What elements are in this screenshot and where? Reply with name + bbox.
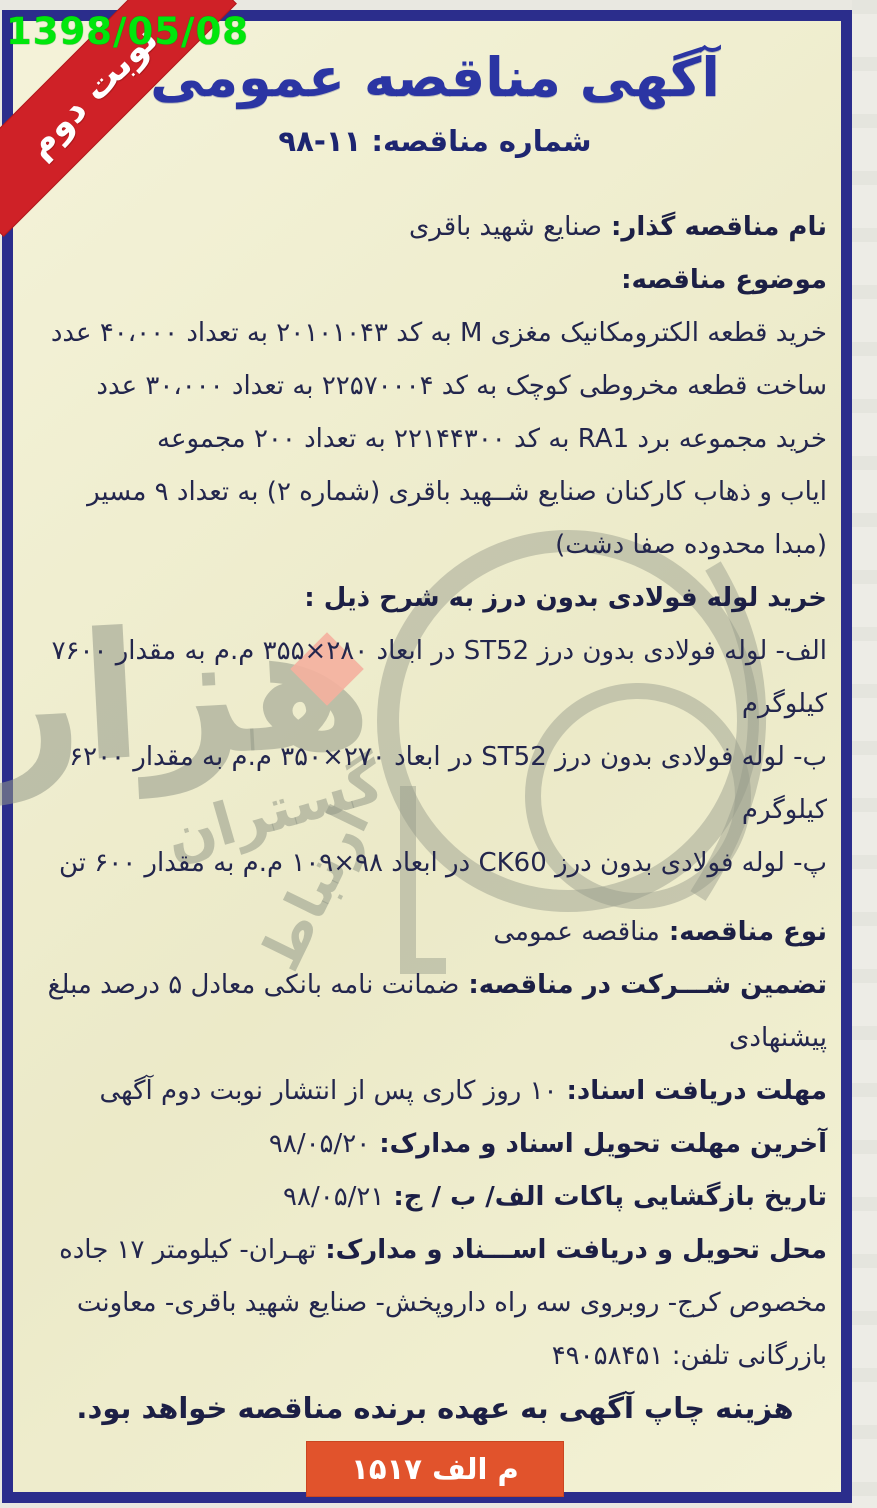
line-label: آخرین مهلت تحویل اسناد و مدارک: — [379, 1129, 827, 1159]
tender-line-issuer: نام مناقصه گذار:صنایع شهید باقری — [43, 201, 827, 254]
line-text: ایاب و ذهاب کارکنان صنایع شــهید باقری (… — [87, 477, 827, 507]
tender-line-doc-deadline: مهلت دریافت اسناد:۱۰ روز کاری پس از انتش… — [43, 1065, 827, 1118]
line-text: ۱۰ روز کاری پس از انتشار نوبت دوم آگهی — [100, 1076, 558, 1106]
ad-content: آگهی مناقصه عمومی شماره مناقصه: ۱۱-۹۸ نا… — [13, 21, 841, 1492]
tender-line-address1: محل تحویل و دریافت اســـناد و مدارک:تهـر… — [43, 1224, 827, 1277]
tender-line-subject-heading: موضوع مناقصه: — [43, 254, 827, 307]
line-text: مناقصه عمومی — [493, 917, 659, 947]
line-text: پیشنهادی — [729, 1023, 827, 1053]
line-text: خرید قطعه الکترومکانیک مغزی M به کد ۲۰۱۰… — [51, 318, 827, 348]
line-text: تهـران- کیلومتر ۱۷ جاده — [59, 1235, 316, 1265]
tender-line-item2: ساخت قطعه مخروطی کوچک به کد ۲۲۵۷۰۰۰۴ به … — [43, 360, 827, 413]
line-text: ۹۸/۰۵/۲۰ — [269, 1129, 370, 1159]
badge-label: م الف ۱۵۱۷ — [351, 1452, 519, 1486]
line-label: موضوع مناقصه: — [621, 265, 827, 295]
line-text: مخصوص کرج- روبروی سه راه داروپخش- صنایع … — [77, 1288, 827, 1318]
scan-date-overlay: 1398/05/08 — [6, 10, 249, 53]
line-text: ب- لوله فولادی بدون درز ST52 در ابعاد ۲۷… — [69, 742, 827, 772]
tender-line-guarantee: تضمین شـــرکت در مناقصه:ضمانت نامه بانکی… — [43, 959, 827, 1012]
paragraph-gap — [43, 890, 827, 906]
line-text: صنایع شهید باقری — [409, 212, 602, 242]
line-text: الف- لوله فولادی بدون درز ST52 در ابعاد … — [52, 636, 827, 666]
tender-line-pipe-p: پ- لوله فولادی بدون درز CK60 در ابعاد ۹۸… — [43, 837, 827, 890]
tender-line-pipe-heading: خرید لوله فولادی بدون درز به شرح ذیل : — [43, 572, 827, 625]
tender-line-pipe-b: ب- لوله فولادی بدون درز ST52 در ابعاد ۲۷… — [43, 731, 827, 784]
line-text: خرید مجموعه برد RA1 به کد ۲۲۱۴۴۳۰۰ به تع… — [157, 424, 827, 454]
tender-line-pipe-b2: کیلوگرم — [43, 784, 827, 837]
tender-line-submit-deadline: آخرین مهلت تحویل اسناد و مدارک:۹۸/۰۵/۲۰ — [43, 1118, 827, 1171]
tender-line-opening-date: تاریخ بازگشایی پاکات الف/ ب / ج:۹۸/۰۵/۲۱ — [43, 1171, 827, 1224]
line-label: خرید لوله فولادی بدون درز به شرح ذیل : — [304, 583, 827, 613]
tender-ad-frame: هزاره گستران ارتباط آگهی مناقصه عمومی شم… — [2, 10, 852, 1503]
tender-line-address2: مخصوص کرج- روبروی سه راه داروپخش- صنایع … — [43, 1277, 827, 1330]
tender-line-item4: ایاب و ذهاب کارکنان صنایع شــهید باقری (… — [43, 466, 827, 519]
tender-line-type: نوع مناقصه:مناقصه عمومی — [43, 906, 827, 959]
line-label: تاریخ بازگشایی پاکات الف/ ب / ج: — [393, 1182, 827, 1212]
line-text: ۹۸/۰۵/۲۱ — [283, 1182, 384, 1212]
tender-body: نام مناقصه گذار:صنایع شهید باقری موضوع م… — [43, 201, 827, 1383]
line-text: ضمانت نامه بانکی معادل ۵ درصد مبلغ — [48, 970, 460, 1000]
tender-line-pipe-a2: کیلوگرم — [43, 678, 827, 731]
line-label: نوع مناقصه: — [669, 917, 827, 947]
tender-number: شماره مناقصه: ۱۱-۹۸ — [43, 121, 827, 161]
record-number-badge: م الف ۱۵۱۷ — [306, 1441, 564, 1497]
line-label: محل تحویل و دریافت اســـناد و مدارک: — [325, 1235, 827, 1265]
line-label: تضمین شـــرکت در مناقصه: — [468, 970, 827, 1000]
scan-right-margin — [852, 0, 877, 1508]
tender-line-phone: بازرگانی تلفن: ۴۹۰۵۸۴۵۱ — [43, 1330, 827, 1383]
tender-line-pipe-a: الف- لوله فولادی بدون درز ST52 در ابعاد … — [43, 625, 827, 678]
tender-line-item1: خرید قطعه الکترومکانیک مغزی M به کد ۲۰۱۰… — [43, 307, 827, 360]
line-text: کیلوگرم — [742, 689, 827, 719]
line-text: کیلوگرم — [742, 795, 827, 825]
line-text: ساخت قطعه مخروطی کوچک به کد ۲۲۵۷۰۰۰۴ به … — [96, 371, 827, 401]
line-label: مهلت دریافت اسناد: — [567, 1076, 827, 1106]
tender-line-guarantee2: پیشنهادی — [43, 1012, 827, 1065]
tender-line-item4b: (مبدا محدوده صفا دشت) — [43, 519, 827, 572]
line-label: نام مناقصه گذار: — [611, 212, 827, 242]
line-text: (مبدا محدوده صفا دشت) — [555, 530, 827, 560]
line-text: پ- لوله فولادی بدون درز CK60 در ابعاد ۹۸… — [59, 848, 827, 878]
line-text: بازرگانی تلفن: ۴۹۰۵۸۴۵۱ — [552, 1341, 827, 1371]
scanned-newspaper-page: { "overlay": { "date": "1398/05/08" }, "… — [0, 0, 877, 1508]
tender-line-item3: خرید مجموعه برد RA1 به کد ۲۲۱۴۴۳۰۰ به تع… — [43, 413, 827, 466]
print-cost-note: هزینه چاپ آگهی به عهده برنده مناقصه خواه… — [43, 1385, 827, 1431]
